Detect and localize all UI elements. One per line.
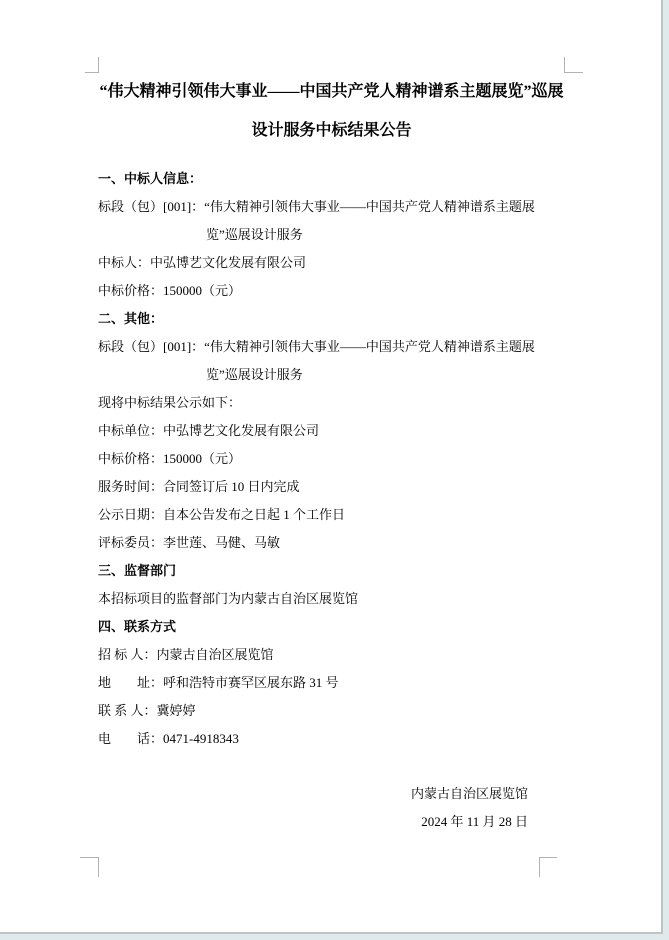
winning-unit-line: 中标单位：中弘博艺文化发展有限公司: [98, 417, 565, 445]
document-title-line-2: 设计服务中标结果公告: [251, 111, 411, 150]
supervision-department-line: 本招标项目的监督部门为内蒙古自治区展览馆: [98, 585, 565, 613]
crop-mark-top-left: [85, 57, 99, 73]
winner-line: 中标人：中弘博艺文化发展有限公司: [98, 249, 565, 277]
crop-mark-bottom-left: [80, 857, 99, 877]
lot-entry-1-line-2: 览”巡展设计服务: [98, 221, 565, 249]
publicity-period-line: 公示日期：自本公告发布之日起 1 个工作日: [98, 501, 565, 529]
document-page: “伟大精神引领伟大事业——中国共产党人精神谱系主题展览”巡展 设计服务中标结果公…: [0, 0, 663, 934]
section-2-heading: 二、其他：: [98, 305, 565, 333]
lot-entry-1-line-1: 标段（包）[001]：“伟大精神引领伟大事业——中国共产党人精神谱系主题展: [98, 193, 565, 221]
document-title: “伟大精神引领伟大事业——中国共产党人精神谱系主题展览”巡展 设计服务中标结果公…: [0, 72, 663, 150]
crop-mark-bottom-right: [539, 857, 557, 877]
section-3-heading: 三、监督部门: [98, 557, 565, 585]
evaluation-committee-line: 评标委员：李世莲、马健、马敏: [98, 529, 565, 557]
lot-entry-2-line-2: 览”巡展设计服务: [98, 361, 565, 389]
lot-entry-2-line-1: 标段（包）[001]：“伟大精神引领伟大事业——中国共产党人精神谱系主题展: [98, 333, 565, 361]
service-time-line: 服务时间：合同签订后 10 日内完成: [98, 473, 565, 501]
tenderer-line: 招 标 人：内蒙古自治区展览馆: [98, 641, 565, 669]
address-line: 地 址：呼和浩特市赛罕区展东路 31 号: [98, 669, 565, 697]
document-body: 一、中标人信息： 标段（包）[001]：“伟大精神引领伟大事业——中国共产党人精…: [98, 165, 565, 753]
signature-block: 内蒙古自治区展览馆 2024 年 11 月 28 日: [411, 780, 528, 836]
signature-date: 2024 年 11 月 28 日: [411, 808, 528, 836]
contact-person-line: 联 系 人：冀婷婷: [98, 697, 565, 725]
signature-org: 内蒙古自治区展览馆: [411, 780, 528, 808]
document-title-line-1: “伟大精神引领伟大事业——中国共产党人精神谱系主题展览”巡展: [99, 72, 563, 111]
winning-price-line-2: 中标价格：150000（元）: [98, 445, 565, 473]
section-1-heading: 一、中标人信息：: [98, 165, 565, 193]
result-intro-line: 现将中标结果公示如下：: [98, 389, 565, 417]
section-4-heading: 四、联系方式: [98, 613, 565, 641]
crop-mark-top-right: [564, 57, 583, 73]
winning-price-line: 中标价格：150000（元）: [98, 277, 565, 305]
phone-line: 电 话：0471-4918343: [98, 725, 565, 753]
